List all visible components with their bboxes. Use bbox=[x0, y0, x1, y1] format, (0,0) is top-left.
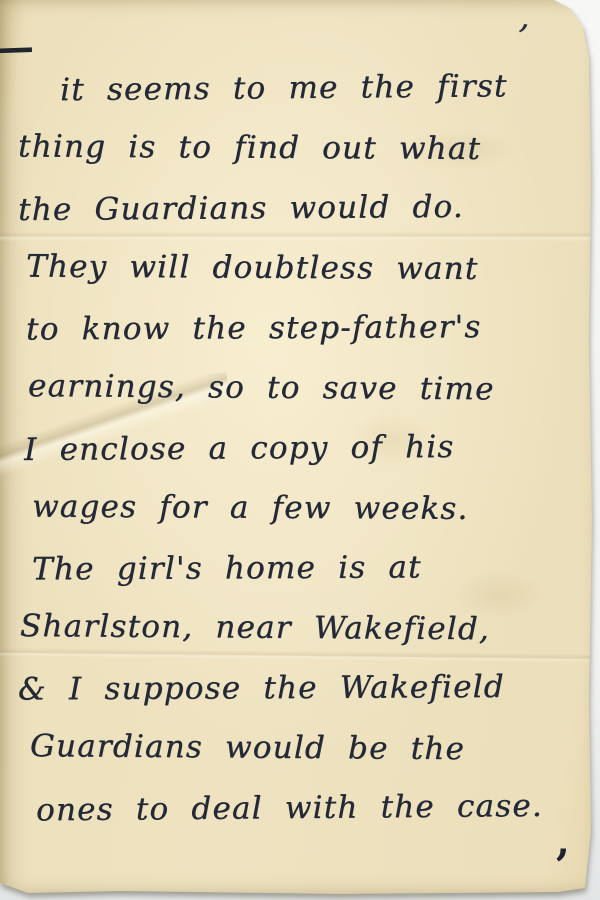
handwriting-line: wages for a few weeks. bbox=[18, 477, 590, 540]
handwriting-line: Guardians would be the bbox=[18, 716, 590, 780]
handwriting-line: to know the step-father's bbox=[18, 297, 590, 360]
handwriting-line: I enclose a copy of his bbox=[18, 416, 590, 480]
handwriting-line: thing is to find out what bbox=[18, 117, 590, 180]
handwriting-line: Sharlston, near Wakefield, bbox=[18, 596, 590, 660]
handwriting-line: They will doubtless want bbox=[18, 237, 590, 300]
handwriting-line: it seems to me the first bbox=[18, 56, 591, 121]
handwriting-line: earnings, so to save time bbox=[18, 356, 590, 420]
letter-page: — ’ , it seems to me the first thing is … bbox=[0, 0, 600, 900]
scanned-letter: — ’ , it seems to me the first thing is … bbox=[0, 0, 600, 900]
letter-body: it seems to me the first thing is to fin… bbox=[18, 58, 590, 838]
ink-tick-mark: ’ bbox=[513, 17, 530, 59]
handwriting-line: & I suppose the Wakefield bbox=[18, 657, 590, 720]
handwriting-line: ones to deal with the case. bbox=[18, 776, 591, 841]
paper-shadow-wrap: — ’ , it seems to me the first thing is … bbox=[0, 0, 600, 900]
handwriting-line: The girl's home is at bbox=[18, 537, 590, 600]
handwriting-line: the Guardians would do. bbox=[18, 176, 590, 240]
